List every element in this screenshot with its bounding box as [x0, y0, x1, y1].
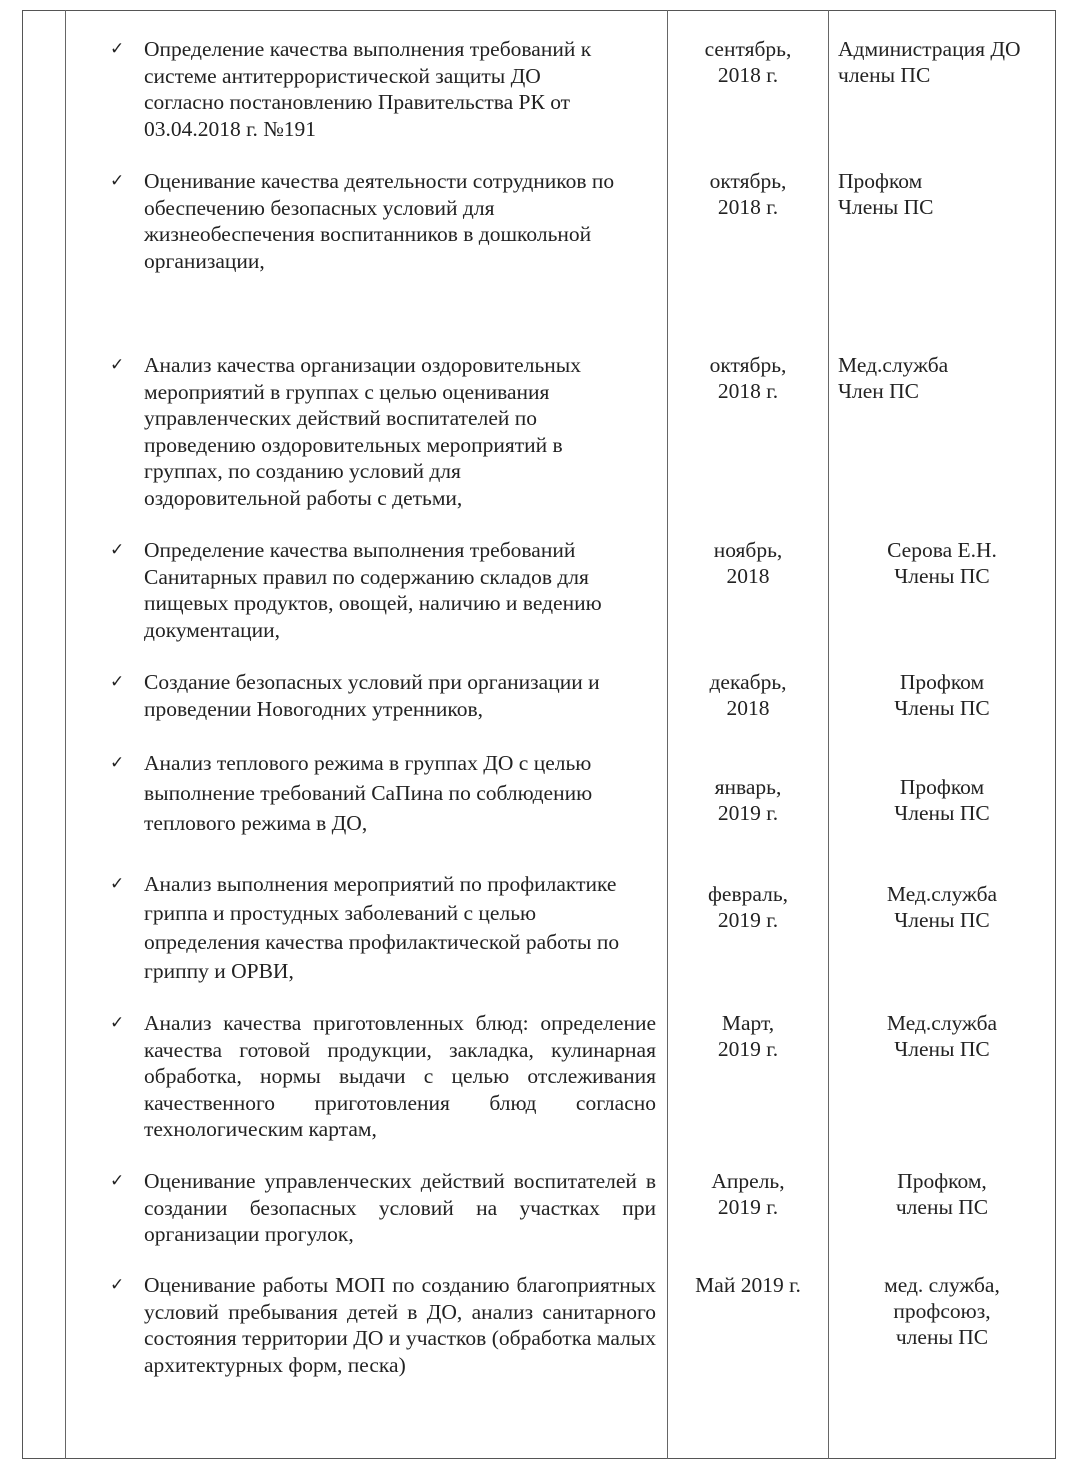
- task-cell: ✓ Оценивание управленческих действий вос…: [110, 1168, 656, 1248]
- task-cell: ✓ Анализ выполнения мероприятий по профи…: [110, 870, 656, 986]
- checkmark-icon: ✓: [110, 537, 124, 564]
- responsible-cell: Мед.служба Член ПС: [838, 352, 1048, 404]
- task-cell: ✓ Создание безопасных условий при органи…: [110, 669, 656, 722]
- document-page: ✓ Определение качества выполнения требов…: [0, 0, 1080, 1476]
- task-text: Анализ качества организации оздоровитель…: [144, 352, 656, 511]
- task-cell: ✓ Определение качества выполнения требов…: [110, 36, 656, 142]
- task-cell: ✓ Анализ теплового режима в группах ДО с…: [110, 748, 656, 838]
- task-text: Оценивание управленческих действий воспи…: [144, 1168, 656, 1248]
- date-cell: Май 2019 г.: [668, 1272, 828, 1298]
- checkmark-icon: ✓: [110, 1010, 124, 1037]
- task-text: Анализ теплового режима в группах ДО с ц…: [144, 748, 656, 838]
- date-cell: октябрь, 2018 г.: [668, 352, 828, 404]
- checkmark-icon: ✓: [110, 36, 124, 63]
- checkmark-icon: ✓: [110, 168, 124, 195]
- task-cell: ✓ Анализ качества приготовленных блюд: о…: [110, 1010, 656, 1143]
- responsible-cell: Серова Е.Н. Члены ПС: [830, 537, 1054, 589]
- date-cell: сентябрь, 2018 г.: [668, 36, 828, 88]
- date-cell: октябрь, 2018 г.: [668, 168, 828, 220]
- date-cell: декабрь, 2018: [668, 669, 828, 721]
- task-text: Анализ качества приготовленных блюд: опр…: [144, 1010, 656, 1143]
- task-cell: ✓ Определение качества выполнения требов…: [110, 537, 656, 643]
- responsible-cell: Профком Члены ПС: [830, 669, 1054, 721]
- checkmark-icon: ✓: [110, 748, 124, 778]
- responsible-cell: мед. служба, профсоюз, члены ПС: [830, 1272, 1054, 1350]
- responsible-cell: Мед.служба Члены ПС: [830, 881, 1054, 933]
- date-cell: январь, 2019 г.: [668, 774, 828, 826]
- date-cell: февраль, 2019 г.: [668, 881, 828, 933]
- column-divider: [65, 10, 66, 1459]
- column-divider: [667, 10, 668, 1459]
- date-cell: ноябрь, 2018: [668, 537, 828, 589]
- responsible-cell: Мед.служба Члены ПС: [830, 1010, 1054, 1062]
- task-text: Создание безопасных условий при организа…: [144, 669, 656, 722]
- responsible-cell: Профком Члены ПС: [830, 774, 1054, 826]
- task-text: Определение качества выполнения требован…: [144, 36, 656, 142]
- checkmark-icon: ✓: [110, 1168, 124, 1195]
- task-cell: ✓ Анализ качества организации оздоровите…: [110, 352, 656, 511]
- checkmark-icon: ✓: [110, 669, 124, 696]
- responsible-cell: Профком Члены ПС: [838, 168, 1048, 220]
- task-text: Анализ выполнения мероприятий по профила…: [144, 870, 656, 986]
- checkmark-icon: ✓: [110, 870, 124, 899]
- task-cell: ✓ Оценивание качества деятельности сотру…: [110, 168, 656, 274]
- date-cell: Апрель, 2019 г.: [668, 1168, 828, 1220]
- responsible-cell: Профком, члены ПС: [830, 1168, 1054, 1220]
- task-text: Оценивание работы МОП по созданию благоп…: [144, 1272, 656, 1378]
- checkmark-icon: ✓: [110, 1272, 124, 1299]
- column-divider: [828, 10, 829, 1459]
- responsible-cell: Администрация ДО члены ПС: [838, 36, 1048, 88]
- task-text: Определение качества выполнения требован…: [144, 537, 656, 643]
- checkmark-icon: ✓: [110, 352, 124, 379]
- date-cell: Март, 2019 г.: [668, 1010, 828, 1062]
- task-text: Оценивание качества деятельности сотрудн…: [144, 168, 656, 274]
- task-cell: ✓ Оценивание работы МОП по созданию благ…: [110, 1272, 656, 1378]
